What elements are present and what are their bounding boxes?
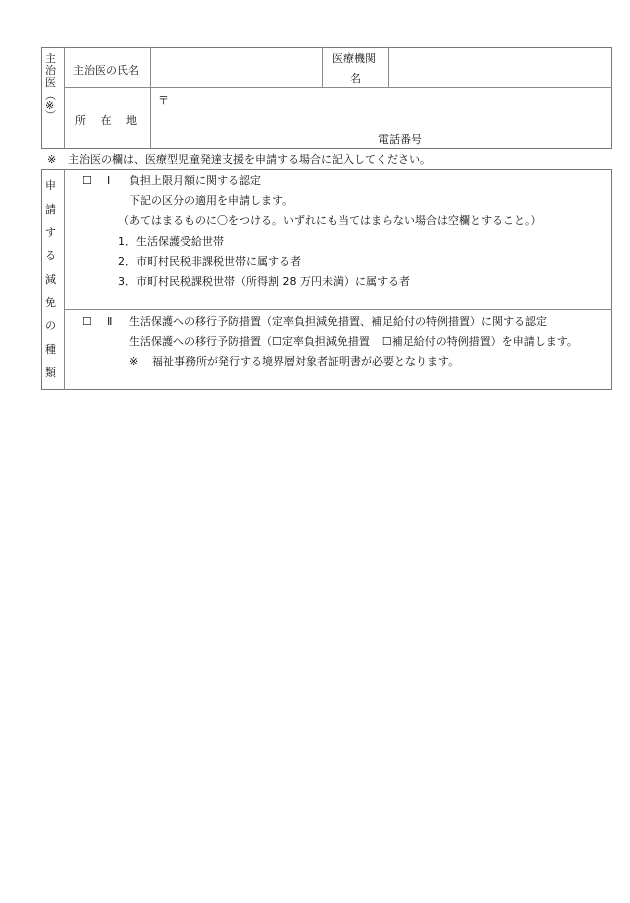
side-label-char: の: [45, 319, 56, 333]
reduction-table-row-divider: [64, 309, 612, 310]
side-label-char: 医: [45, 76, 56, 90]
note-text: 主治医の欄は、医療型児童発達支援を申請する場合に記入してください。: [68, 153, 431, 167]
phone-field[interactable]: [430, 130, 608, 147]
side-label-char: 減: [45, 273, 56, 287]
option2-numeral: Ⅱ: [107, 315, 112, 329]
sub-option2-checkbox[interactable]: ☐: [382, 335, 392, 348]
option1-instruction: 下記の区分の適用を申請します。: [129, 194, 293, 208]
side-label-char: 申: [45, 179, 56, 193]
institution-label-cont: 名: [350, 72, 361, 86]
side-label-char: 類: [45, 366, 56, 380]
option1-item-1[interactable]: 1．生活保護受給世帯: [118, 235, 224, 249]
doctor-name-field[interactable]: [151, 48, 321, 87]
institution-name-field[interactable]: [389, 48, 611, 87]
option2-title: 生活保護への移行予防措置（定率負担減免措置、補足給付の特例措置）に関する認定: [129, 315, 547, 329]
option2-line-prefix: 生活保護への移行予防措置（: [129, 335, 272, 348]
side-label-char: 種: [45, 343, 56, 357]
reduction-table-divider: [64, 169, 65, 390]
doctor-table-row-divider: [64, 87, 612, 88]
option1-checkbox[interactable]: ☐: [82, 174, 92, 188]
institution-label: 医療機関: [332, 52, 376, 66]
option1-note: （あてはまるものに〇をつける。いずれにも当てはまらない場合は空欄とすること。）: [118, 214, 542, 228]
option2-application-line: 生活保護への移行予防措置（☐定率負担減免措置☐補足給付の特例措置）を申請します。: [129, 335, 578, 349]
side-label-char: す: [45, 226, 56, 240]
side-label-char: ︶: [45, 109, 56, 123]
doctor-table-divider: [322, 47, 323, 88]
option2-note-text: 福祉事務所が発行する境界層対象者証明書が必要となります。: [152, 355, 459, 369]
option1-item-2[interactable]: 2．市町村民税非課税世帯に属する者: [118, 255, 301, 269]
side-label-char: 請: [45, 203, 56, 217]
phone-label: 電話番号: [378, 133, 422, 147]
option2-line-suffix: ）を申請します。: [491, 335, 578, 348]
option1-title: 負担上限月額に関する認定: [129, 174, 261, 188]
side-label-char: 免: [45, 296, 56, 310]
option2-note-mark: ※: [129, 355, 138, 369]
option2-checkbox[interactable]: ☐: [82, 315, 92, 329]
sub-option2-label: 補足給付の特例措置: [392, 335, 491, 348]
doctor-name-label: 主治医の氏名: [73, 64, 139, 78]
sub-option1-checkbox[interactable]: ☐: [272, 335, 282, 348]
note-mark: ※: [47, 153, 56, 167]
side-label-char: る: [45, 249, 56, 263]
address-label: 所 在 地: [75, 114, 137, 128]
option1-item-3[interactable]: 3．市町村民税課税世帯（所得割 28 万円未満）に属する者: [118, 275, 410, 289]
sub-option1-label: 定率負担減免措置: [282, 335, 370, 348]
address-field[interactable]: [172, 89, 610, 127]
option1-numeral: Ⅰ: [107, 174, 110, 188]
postal-mark: 〒: [158, 94, 169, 108]
doctor-table-divider: [64, 47, 65, 149]
